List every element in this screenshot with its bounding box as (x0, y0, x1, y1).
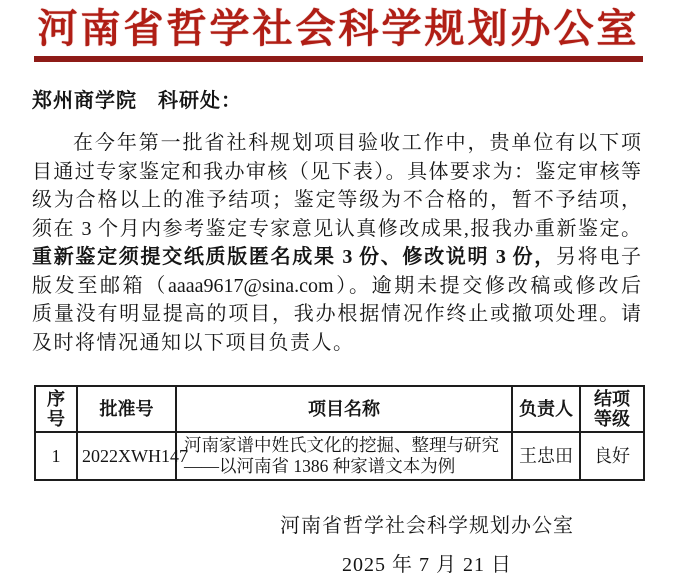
signature-org-name: 河南省哲学社会科学规划办公室 (277, 513, 577, 539)
body-line: 重新鉴定须提交纸质版匿名成果 3 份、修改说明 3 份，另将电子 (32, 243, 641, 272)
body-text-segment: 质量没有明显提高的项目，我办根据情况作终止或撤项处理。请 (32, 303, 641, 325)
col-header-project-name: 项目名称 (176, 386, 512, 432)
cell-project-name: 河南家谱中姓氏文化的挖掘、整理与研究——以河南省 1386 种家谱文本为例 (176, 432, 512, 480)
cell-leader: 王忠田 (512, 432, 580, 480)
project-results-table: 序号 批准号 项目名称 负责人 结项 等级 1 2022XWH147 河南家谱中… (34, 385, 645, 481)
body-text-segment: 目通过专家鉴定和我办审核（见下表）。具体要求为：鉴定审核等 (32, 161, 641, 183)
body-text-segment: 在今年第一批省社科规划项目验收工作中，贵单位有以下项 (73, 132, 641, 154)
body-text-segment: 版发至邮箱（aaaa9617@sina.com）。逾期未提交修改稿或修改后 (32, 275, 641, 297)
signature-date: 2025 年 7 月 21 日 (277, 552, 577, 576)
cell-grade: 良好 (580, 432, 644, 480)
cell-approval-no: 2022XWH147 (77, 432, 176, 480)
letterhead-title: 河南省哲学社会科学规划办公室 (38, 6, 640, 52)
col-header-leader: 负责人 (512, 386, 580, 432)
col-header-index: 序号 (35, 386, 77, 432)
col-header-approval-no: 批准号 (77, 386, 176, 432)
letter-body: 郑州商学院 科研处： 在今年第一批省社科规划项目验收工作中，贵单位有以下项 目通… (32, 87, 641, 357)
body-line: 在今年第一批省社科规划项目验收工作中，贵单位有以下项 (32, 129, 641, 158)
body-text-segment: 级为合格以上的准予结项；鉴定等级为不合格的，暂不予结项， (32, 189, 641, 211)
letterhead-double-rule (34, 56, 643, 62)
body-text-segment: 及时将情况通知以下项目负责人。 (32, 332, 355, 354)
body-line: 须在 3 个月内参考鉴定专家意见认真修改成果,报我办重新鉴定。 (32, 215, 641, 244)
body-text-segment: 另将电子 (556, 246, 641, 268)
document-page: 河南省哲学社会科学规划办公室 郑州商学院 科研处： 在今年第一批省社科规划项目验… (0, 0, 677, 576)
cell-index: 1 (35, 432, 77, 480)
letterhead: 河南省哲学社会科学规划办公室 (0, 0, 677, 52)
salutation: 郑州商学院 科研处： (32, 87, 641, 115)
signature-block: 河南省哲学社会科学规划办公室 2025 年 7 月 21 日 (277, 513, 577, 576)
main-paragraph: 在今年第一批省社科规划项目验收工作中，贵单位有以下项 目通过专家鉴定和我办审核（… (32, 129, 641, 357)
body-line: 级为合格以上的准予结项；鉴定等级为不合格的，暂不予结项， (32, 186, 641, 215)
body-line: 及时将情况通知以下项目负责人。 (32, 329, 641, 358)
table-row: 1 2022XWH147 河南家谱中姓氏文化的挖掘、整理与研究——以河南省 13… (35, 432, 644, 480)
body-line: 质量没有明显提高的项目，我办根据情况作终止或撤项处理。请 (32, 300, 641, 329)
body-line: 目通过专家鉴定和我办审核（见下表）。具体要求为：鉴定审核等 (32, 158, 641, 187)
body-text-segment: 须在 3 个月内参考鉴定专家意见认真修改成果,报我办重新鉴定。 (32, 218, 641, 240)
body-text-bold-segment: 重新鉴定须提交纸质版匿名成果 3 份、修改说明 3 份， (32, 246, 556, 268)
table-header-row: 序号 批准号 项目名称 负责人 结项 等级 (35, 386, 644, 432)
body-line: 版发至邮箱（aaaa9617@sina.com）。逾期未提交修改稿或修改后 (32, 272, 641, 301)
col-header-grade: 结项 等级 (580, 386, 644, 432)
